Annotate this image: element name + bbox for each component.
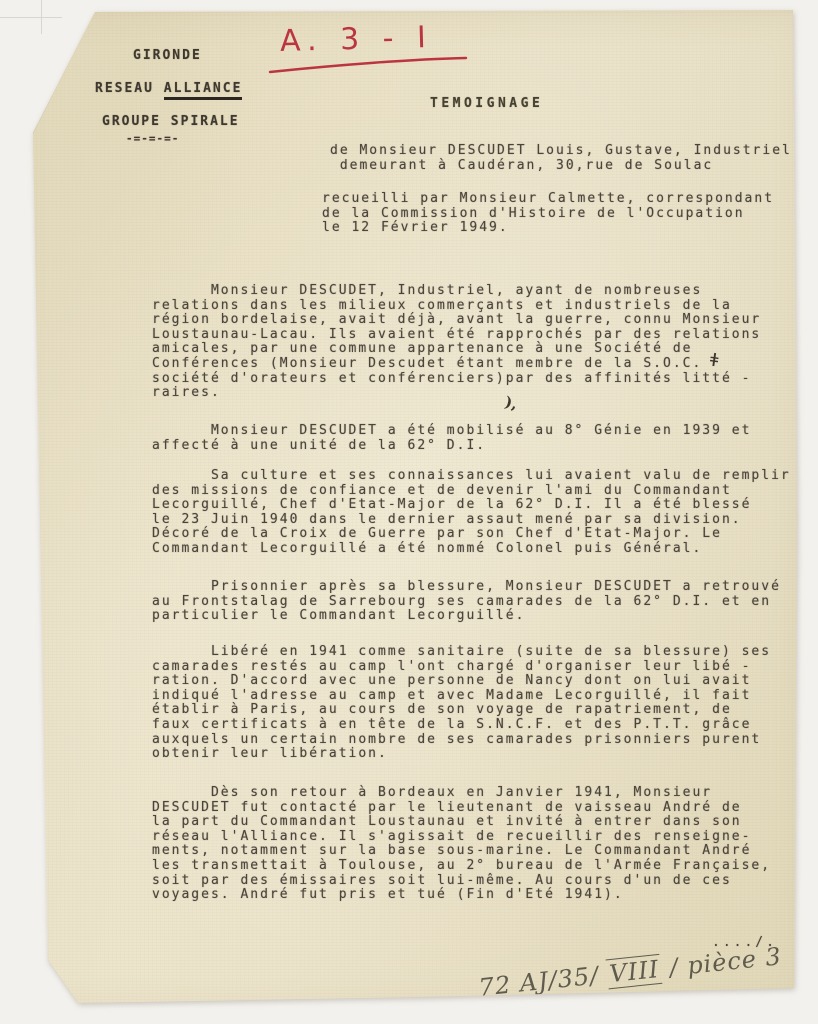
stamp-network-prefix: RESEAU [95, 81, 164, 96]
stamp-region: GIRONDE [133, 49, 202, 64]
archival-reference-prefix: 72 AJ/35/ [477, 960, 609, 1001]
stamp-group: GROUPE SPIRALE [102, 115, 240, 130]
document-title: TEMOIGNAGE [430, 97, 543, 112]
fold-crease-top-left [31, 11, 95, 134]
testimony-paragraph-1: Monsieur DESCUDET, Industriel, ayant de … [152, 284, 761, 401]
scanned-document-page: GIRONDE RESEAU ALLIANCE GROUPE SPIRALE -… [0, 0, 818, 1024]
testimony-paragraph-5: Libéré en 1941 comme sanitaire (suite de… [152, 645, 771, 762]
red-underline-stroke [266, 52, 472, 76]
subject-block: de Monsieur DESCUDET Louis, Gustave, Ind… [330, 144, 792, 173]
stamp-network-name-underlined: ALLIANCE [164, 81, 243, 100]
archival-reference-volume: VIII [606, 954, 663, 989]
paper-sheet: GIRONDE RESEAU ALLIANCE GROUPE SPIRALE -… [0, 0, 818, 1024]
paren-insertion-mark: ), [503, 393, 519, 413]
testimony-paragraph-2: Monsieur DESCUDET a été mobilisé au 8° G… [152, 424, 751, 453]
testimony-paragraph-6: Dès son retour à Bordeaux en Janvier 194… [152, 786, 771, 903]
archival-reference: 72 AJ/35/ VIII / pièce 3 [477, 942, 783, 1002]
stamp-separator-dashes: -=-=-=- [126, 132, 179, 147]
stamp-network-line: RESEAU ALLIANCE [95, 82, 242, 97]
collection-note-block: recueilli par Monsieur Calmette, corresp… [322, 192, 774, 236]
archival-reference-suffix: / pièce 3 [660, 942, 783, 983]
testimony-paragraph-4: Prisonnier après sa blessure, Monsieur D… [152, 580, 781, 624]
testimony-paragraph-3: Sa culture et ses connaissances lui avai… [152, 469, 791, 557]
paper-wrap: GIRONDE RESEAU ALLIANCE GROUPE SPIRALE -… [0, 0, 818, 1024]
fold-crease-bottom-left [47, 960, 79, 1004]
